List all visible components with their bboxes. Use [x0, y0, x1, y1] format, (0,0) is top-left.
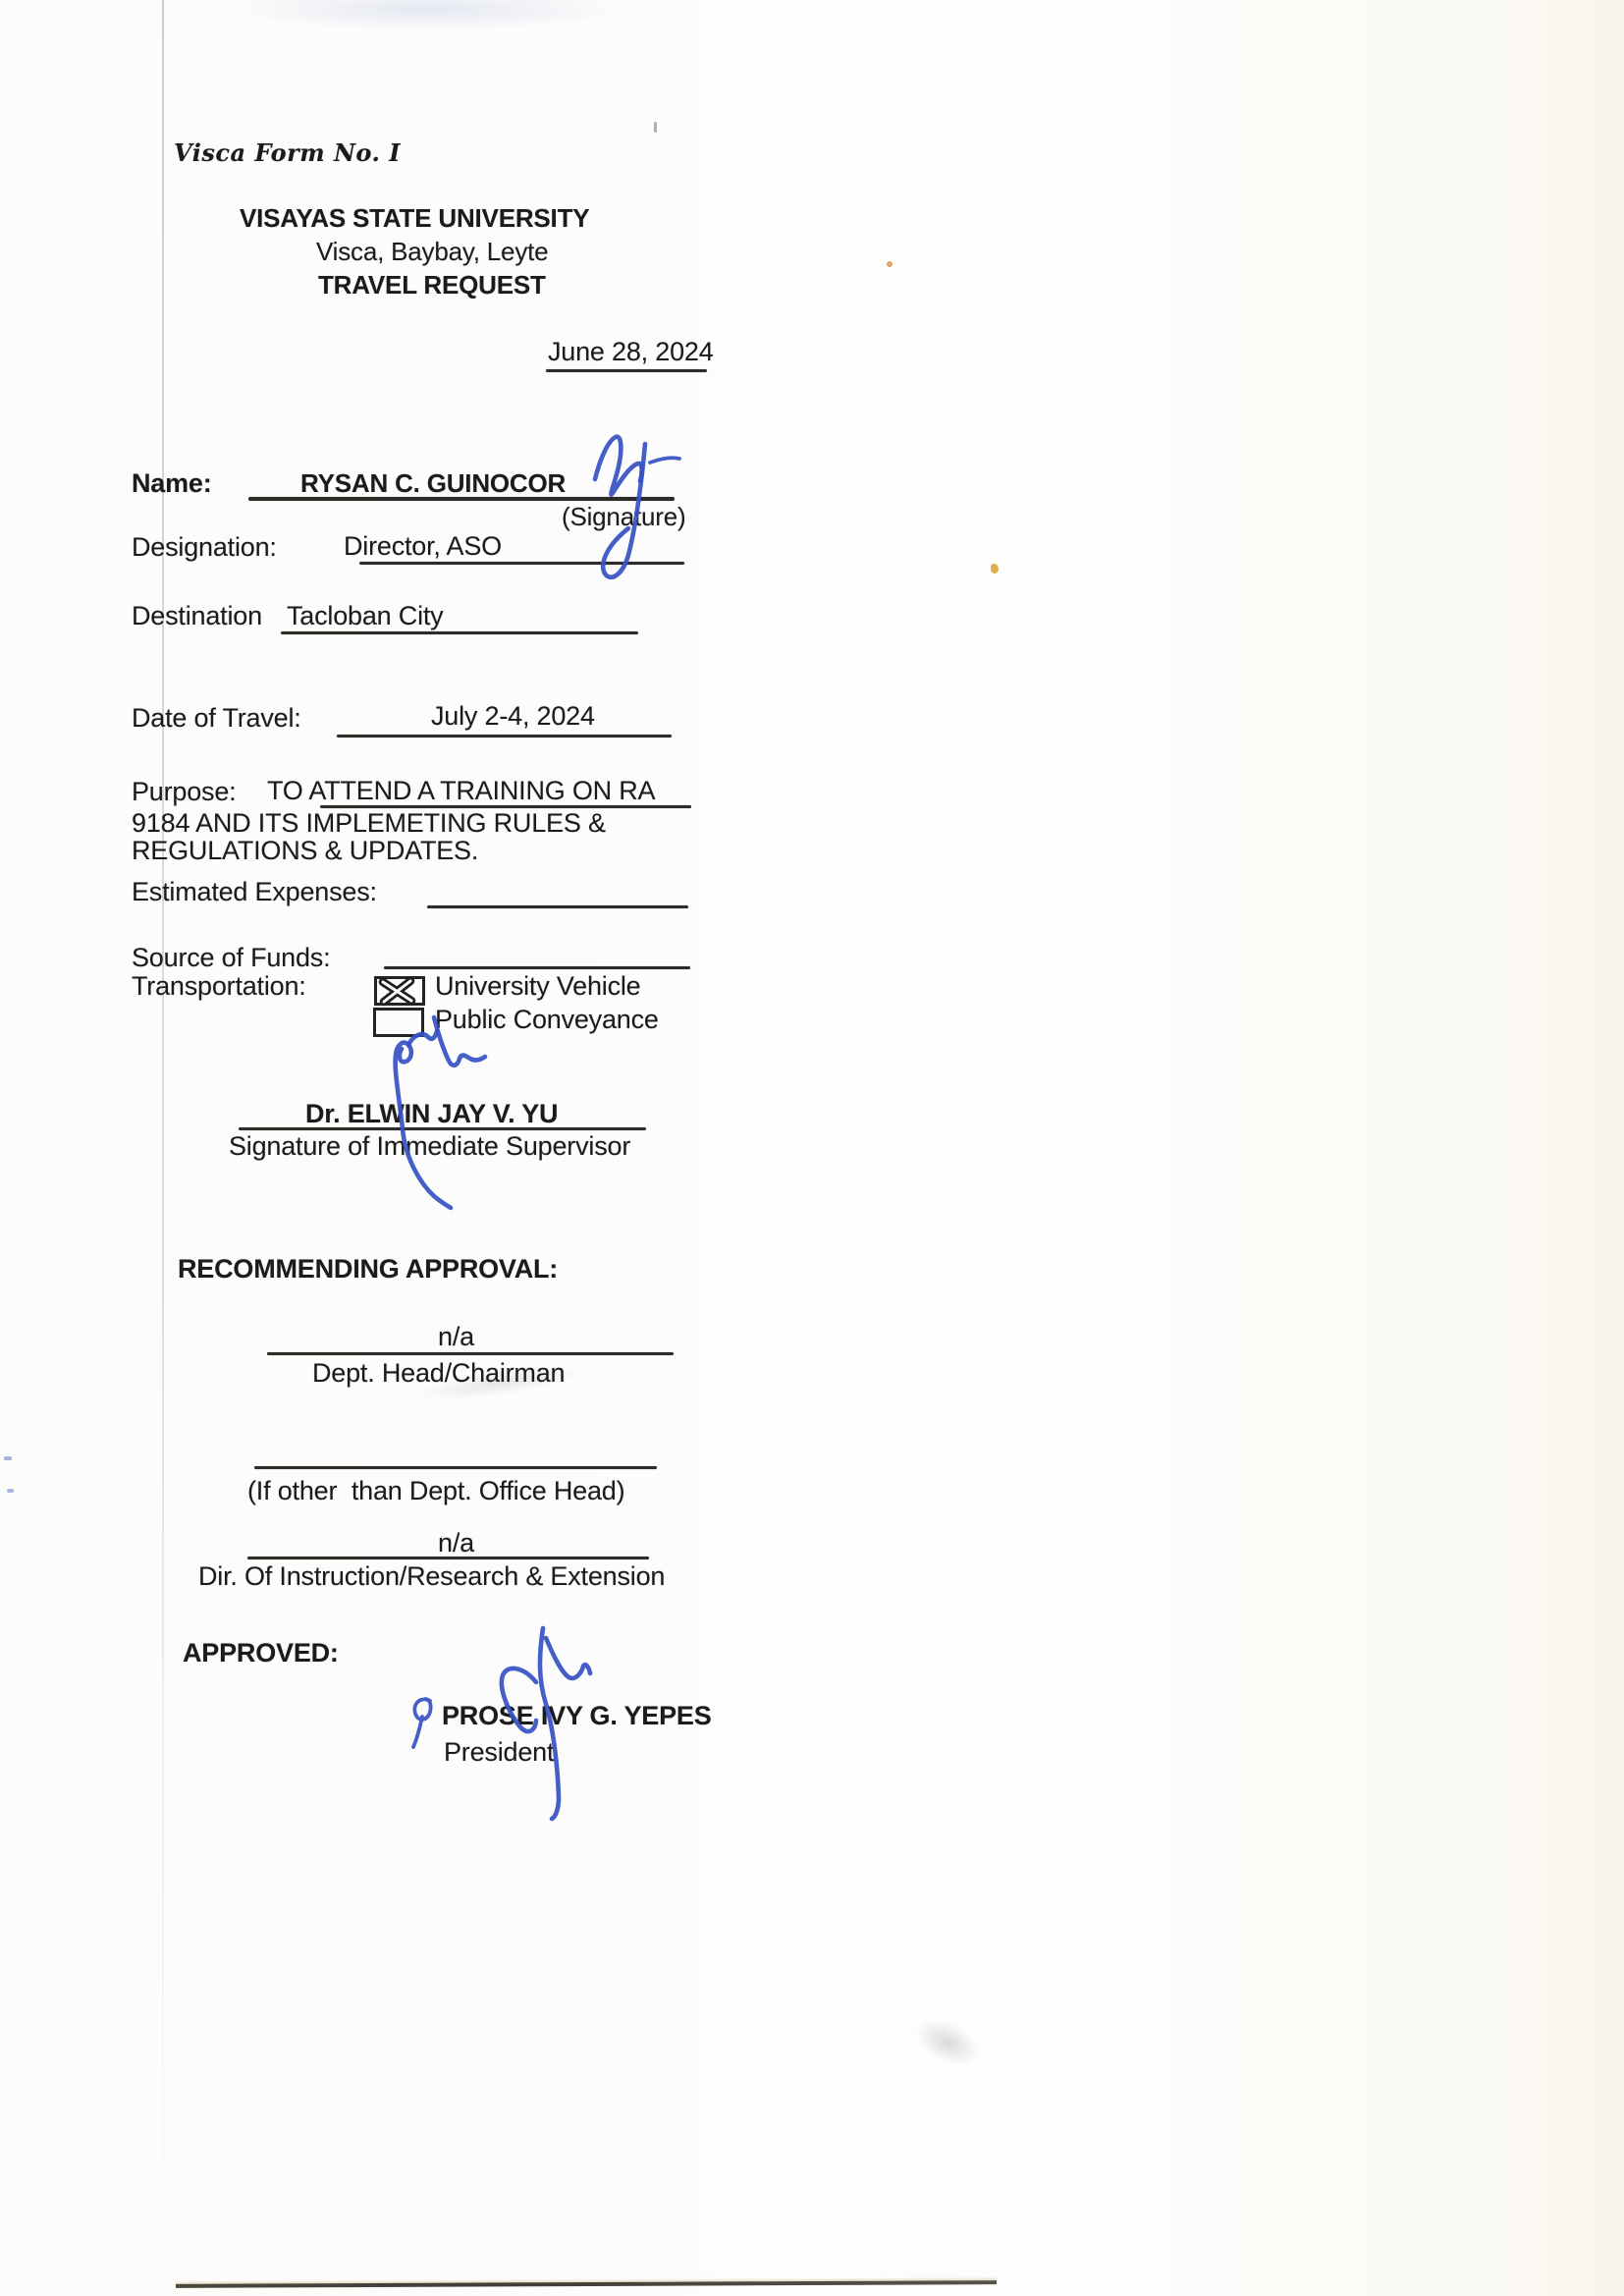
- purpose-value-line3: REGULATIONS & UPDATES.: [132, 837, 478, 866]
- form-number: Visca Form No. I: [174, 140, 401, 166]
- scan-speck-1: [887, 261, 893, 267]
- request-date: June 28, 2024: [548, 338, 714, 367]
- scanned-travel-request-page: Visca Form No. I VISAYAS STATE UNIVERSIT…: [0, 0, 1624, 2296]
- checkbox-public-conveyance: [373, 1008, 424, 1037]
- purpose-value-line2: 9184 AND ITS IMPLEMETING RULES &: [132, 809, 606, 839]
- margin-mark-1: [4, 1456, 12, 1460]
- destination-label: Destination: [132, 602, 262, 631]
- date-of-travel-label: Date of Travel:: [132, 704, 301, 734]
- date-of-travel-underline: [337, 735, 672, 738]
- scan-speck-3: [654, 122, 657, 133]
- transportation-label: Transportation:: [132, 972, 306, 1002]
- supervisor-caption: Signature of Immediate Supervisor: [229, 1132, 630, 1162]
- approval-1-value: n/a: [438, 1323, 474, 1352]
- approved-heading: APPROVED:: [183, 1639, 339, 1668]
- designation-underline: [359, 562, 684, 565]
- signature-caption: (Signature): [562, 503, 685, 531]
- approval-2-underline: [254, 1466, 657, 1469]
- destination-underline: [281, 631, 638, 634]
- university-address: Visca, Baybay, Leyte: [316, 238, 548, 266]
- estimated-expenses-underline: [427, 905, 688, 908]
- scan-bottom-edge: [176, 2280, 997, 2288]
- scan-smudge-bottom: [908, 2010, 987, 2075]
- approval-1-underline: [267, 1352, 674, 1355]
- approval-3-value: n/a: [438, 1529, 474, 1558]
- estimated-expenses-label: Estimated Expenses:: [132, 878, 377, 907]
- approval-2-caption: (If other than Dept. Office Head): [247, 1477, 624, 1506]
- margin-mark-2: [7, 1489, 14, 1493]
- scan-speck-2: [991, 564, 999, 574]
- president-name: PROSE IVY G. YEPES: [442, 1702, 712, 1731]
- university-name: VISAYAS STATE UNIVERSITY: [240, 204, 589, 233]
- name-underline: [248, 497, 675, 501]
- designation-value: Director, ASO: [344, 532, 502, 562]
- approval-3-caption: Dir. Of Instruction/Research & Extension: [198, 1562, 665, 1592]
- date-of-travel-value: July 2-4, 2024: [431, 702, 595, 732]
- request-date-underline: [546, 369, 707, 372]
- form-title: TRAVEL REQUEST: [318, 271, 546, 300]
- transport-option-public-conveyance-label: Public Conveyance: [435, 1006, 659, 1035]
- purpose-label: Purpose:: [132, 778, 236, 807]
- source-of-funds-label: Source of Funds:: [132, 944, 330, 973]
- approval-1-caption: Dept. Head/Chairman: [312, 1359, 565, 1389]
- designation-label: Designation:: [132, 533, 277, 563]
- approval-3-underline: [247, 1557, 649, 1559]
- supervisor-underline: [239, 1127, 646, 1130]
- paper-edge-line: [162, 0, 164, 2296]
- president-title: President: [444, 1738, 554, 1768]
- destination-value: Tacloban City: [287, 602, 443, 631]
- supervisor-name: Dr. ELWIN JAY V. YU: [305, 1100, 558, 1129]
- name-value: RYSAN C. GUINOCOR: [300, 469, 566, 498]
- source-of-funds-underline: [384, 966, 690, 969]
- checkbox-university-vehicle: [374, 976, 425, 1006]
- recommending-approval-heading: RECOMMENDING APPROVAL:: [178, 1255, 558, 1285]
- transport-option-university-vehicle-label: University Vehicle: [435, 972, 641, 1002]
- purpose-value-line1: TO ATTEND A TRAINING ON RA: [267, 777, 655, 806]
- name-label: Name:: [132, 469, 212, 499]
- scan-smudge-top: [221, 0, 633, 31]
